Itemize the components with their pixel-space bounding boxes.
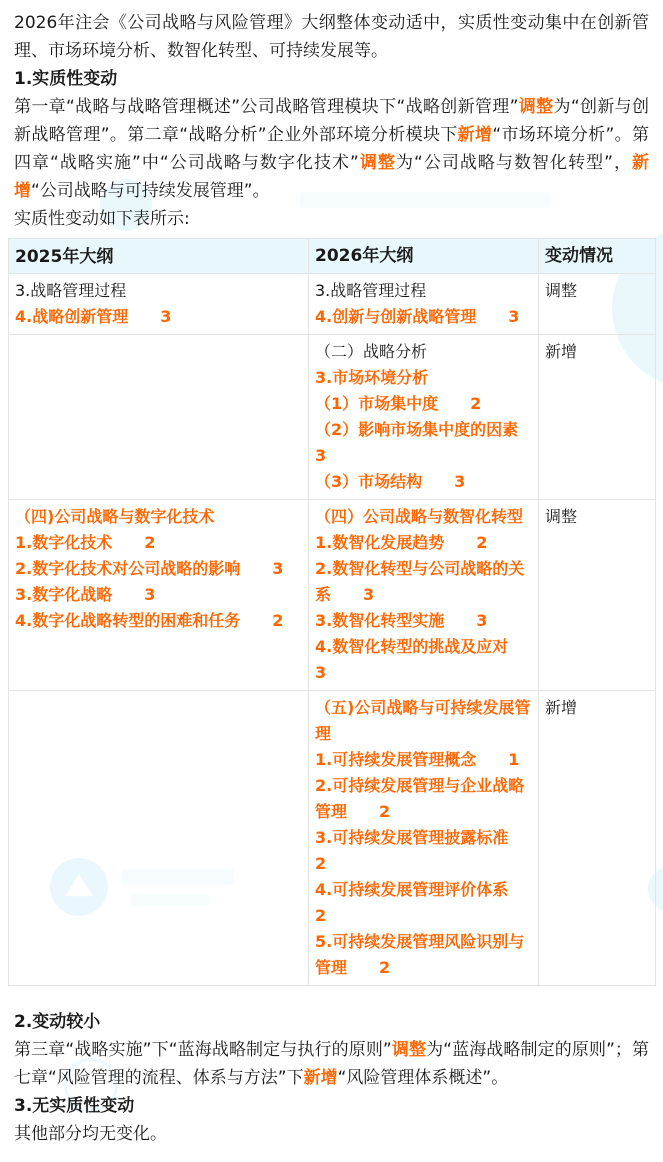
outline-item-changed: 1.数智化发展趋势 2 <box>315 530 531 556</box>
outline-item-changed: （1）市场集中度 2 <box>315 391 531 417</box>
highlight-adjusted: 调整 <box>518 97 553 117</box>
outline-item-changed: 2.数智化转型与公司战略的关系 3 <box>315 556 531 608</box>
outline-item-changed: 3.数智化转型实施 3 <box>315 608 531 634</box>
table-caption: 实质性变动如下表所示: <box>14 205 649 233</box>
outline-item-changed: 1.数字化技术 2 <box>15 530 301 556</box>
cell-2025: （四)公司战略与数字化技术 1.数字化技术 2 2.数字化技术对公司战略的影响 … <box>9 500 309 691</box>
outline-item-changed: 2.数字化技术对公司战略的影响 3 <box>15 556 301 582</box>
table-header-row: 2025年大纲 2026年大纲 变动情况 <box>9 239 656 274</box>
syllabus-comparison-table: 2025年大纲 2026年大纲 变动情况 3.战略管理过程 4.战略创新管理 3… <box>8 238 656 986</box>
text-segment: 其他部分均无变化。 <box>14 1124 167 1144</box>
outline-item-changed: （五)公司战略与可持续发展管理 <box>315 695 531 747</box>
outline-item: 3.战略管理过程 <box>315 278 531 304</box>
outline-item-changed: （四）公司战略与数智化转型 <box>315 504 531 530</box>
cell-2026: （二）战略分析 3.市场环境分析 （1）市场集中度 2 （2）影响市场集中度的因… <box>309 335 539 500</box>
cell-status: 新增 <box>539 335 656 500</box>
outline-item-changed: （2）影响市场集中度的因素 3 <box>315 417 531 469</box>
table-row: 3.战略管理过程 4.战略创新管理 3 3.战略管理过程 4.创新与创新战略管理… <box>9 274 656 335</box>
article: 2026年注会《公司战略与风险管理》大纲整体变动适中，实质性变动集中在创新管理、… <box>0 0 663 1148</box>
cell-status: 调整 <box>539 500 656 691</box>
text-segment: “公司战略与可持续发展管理”。 <box>31 181 270 201</box>
intro-paragraph: 2026年注会《公司战略与风险管理》大纲整体变动适中，实质性变动集中在创新管理、… <box>14 9 649 65</box>
section3-heading: 3.无实质性变动 <box>14 1092 649 1120</box>
outline-item-changed: 4.可持续发展管理评价体系 2 <box>315 877 531 929</box>
table-row: （五)公司战略与可持续发展管理 1.可持续发展管理概念 1 2.可持续发展管理与… <box>9 691 656 986</box>
section1-heading: 1.实质性变动 <box>14 65 649 93</box>
section2-heading: 2.变动较小 <box>14 1008 649 1036</box>
cell-2025: 3.战略管理过程 4.战略创新管理 3 <box>9 274 309 335</box>
section2-paragraph: 第三章“战略实施”下“蓝海战略制定与执行的原则”调整为“蓝海战略制定的原则”；第… <box>14 1036 649 1092</box>
outline-item-changed: 4.创新与创新战略管理 3 <box>315 304 531 330</box>
outline-item-changed: 4.数字化战略转型的困难和任务 2 <box>15 608 301 634</box>
outline-item-changed: 3.市场环境分析 <box>315 365 531 391</box>
text-segment: 第三章“战略实施”下“蓝海战略制定与执行的原则” <box>14 1040 392 1060</box>
highlight-added: 新增 <box>458 125 493 145</box>
cell-2026: （四）公司战略与数智化转型 1.数智化发展趋势 2 2.数智化转型与公司战略的关… <box>309 500 539 691</box>
outline-item-changed: 4.数智化转型的挑战及应对 3 <box>315 634 531 686</box>
outline-item-changed: 4.战略创新管理 3 <box>15 304 301 330</box>
outline-item-changed: （3）市场结构 3 <box>315 469 531 495</box>
cell-2026: （五)公司战略与可持续发展管理 1.可持续发展管理概念 1 2.可持续发展管理与… <box>309 691 539 986</box>
outline-item-changed: 3.可持续发展管理披露标准 2 <box>315 825 531 877</box>
section3-paragraph: 其他部分均无变化。 <box>14 1120 649 1148</box>
header-2026: 2026年大纲 <box>309 239 539 274</box>
section1-paragraph: 第一章“战略与战略管理概述”公司战略管理模块下“战略创新管理”调整为“创新与创新… <box>14 93 649 205</box>
minor-changes-section: 2.变动较小 第三章“战略实施”下“蓝海战略制定与执行的原则”调整为“蓝海战略制… <box>14 1008 649 1148</box>
highlight-added: 新增 <box>304 1068 338 1088</box>
outline-item-changed: 5.可持续发展管理风险识别与管理 2 <box>315 929 531 981</box>
header-2025: 2025年大纲 <box>9 239 309 274</box>
text-segment: 第一章“战略与战略管理概述”公司战略管理模块下“战略创新管理” <box>14 97 518 117</box>
text-segment: 为“公司战略与数智化转型”， <box>396 153 632 173</box>
outline-item-changed: 3.数字化战略 3 <box>15 582 301 608</box>
cell-status: 调整 <box>539 274 656 335</box>
cell-2025 <box>9 691 309 986</box>
highlight-adjusted: 调整 <box>392 1040 426 1060</box>
outline-item-changed: （四)公司战略与数字化技术 <box>15 504 301 530</box>
header-status: 变动情况 <box>539 239 656 274</box>
intro-text: 2026年注会《公司战略与风险管理》大纲整体变动适中，实质性变动集中在创新管理、… <box>14 13 649 61</box>
text-segment: “风险管理体系概述”。 <box>338 1068 509 1088</box>
cell-2026: 3.战略管理过程 4.创新与创新战略管理 3 <box>309 274 539 335</box>
table-row: （二）战略分析 3.市场环境分析 （1）市场集中度 2 （2）影响市场集中度的因… <box>9 335 656 500</box>
outline-item: 3.战略管理过程 <box>15 278 301 304</box>
outline-item-changed: 2.可持续发展管理与企业战略管理 2 <box>315 773 531 825</box>
outline-item: （二）战略分析 <box>315 339 531 365</box>
highlight-adjusted: 调整 <box>359 153 396 173</box>
outline-item-changed: 1.可持续发展管理概念 1 <box>315 747 531 773</box>
cell-2025 <box>9 335 309 500</box>
table-row: （四)公司战略与数字化技术 1.数字化技术 2 2.数字化技术对公司战略的影响 … <box>9 500 656 691</box>
cell-status: 新增 <box>539 691 656 986</box>
